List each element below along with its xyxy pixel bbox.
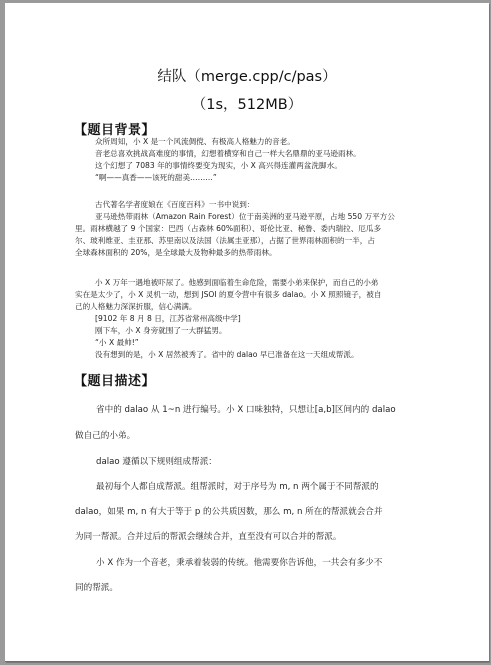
description-line: 同的帮派。 (75, 581, 118, 593)
background-line: 己的人格魅力深深折服，信心满满。 (75, 301, 197, 313)
document-page: 结队（merge.cpp/c/pas） （1s，512MB） 【题目背景】 众所… (5, 3, 489, 662)
description-line: 为同一帮派。合并过后的帮派会继续合并，直至没有可以合并的帮派。 (75, 530, 341, 542)
problem-limits: （1s，512MB） (5, 93, 489, 114)
background-line: 音老总喜欢挑战高难度的事情，幻想着横穿和自己一样大名鼎鼎的亚马逊雨林。 (95, 148, 361, 160)
background-line: “啊——真香——该死的甜美………” (95, 172, 217, 184)
background-line: 这个幻想了 7083 年的事情终要变为现实，小 X 高兴得连灌两盆洗脚水。 (95, 160, 342, 172)
background-line: 亚马逊热带雨林（Amazon Rain Forest）位于南美洲的亚马逊平原，占… (95, 211, 395, 223)
description-line: 省中的 dalao 从 1~n 进行编号。小 X 口味独特，只想让[a,b]区间… (96, 403, 396, 415)
problem-title: 结队（merge.cpp/c/pas） (5, 65, 489, 86)
background-line: 没有想到的是，小 X 居然被秀了。省中的 dalao 早已准备在这一天组成帮派。 (95, 349, 359, 361)
background-line: [9102 年 8 月 8 日，江苏省常州高级中学] (95, 313, 241, 325)
background-line: 古代著名学者度娘在《百度百科》一书中说到： (95, 199, 254, 211)
background-line: 全球森林面积的 20%，是全球最大及物种最多的热带雨林。 (75, 247, 277, 259)
background-line: 刚下车，小 X 身旁就围了一大群猛男。 (95, 325, 227, 337)
background-line: 实在是太少了，小 X 灵机一动，想到 JSOI 的夏令营中有很多 dalao。小… (75, 289, 381, 301)
description-line: dalao 遵循以下规则组成帮派： (96, 455, 217, 467)
description-line: 做自己的小弟。 (75, 429, 135, 441)
background-line: 尔、玻利维亚、圭亚那、苏里南以及法国（法属圭亚那），占据了世界雨林面积的一半，占 (75, 235, 375, 247)
background-line: “小 X 最帅!” (95, 337, 139, 349)
description-line: 最初每个人都自成帮派。组帮派时，对于序号为 m, n 两个属于不同帮派的 (96, 480, 379, 492)
background-line: 众所周知，小 X 是一个风流倜傥、有极高人格魅力的音老。 (95, 136, 295, 148)
description-heading: 【题目描述】 (74, 370, 155, 389)
background-line: 小 X 万年一遇地被吓尿了。他感到面临着生命危险，需要小弟来保护，而自己的小弟 (95, 277, 378, 289)
description-line: 小 X 作为一个音老，秉承着装弱的传统。他需要你告诉他，一共会有多少不 (96, 556, 382, 568)
description-line: dalao，如果 m, n 有大于等于 p 的公共质因数，那么 m, n 所在的… (75, 505, 382, 517)
background-line: 里。雨林横越了 9 个国家：巴西（占森林 60%面积）、哥伦比亚、秘鲁、委内瑞拉… (75, 223, 381, 235)
